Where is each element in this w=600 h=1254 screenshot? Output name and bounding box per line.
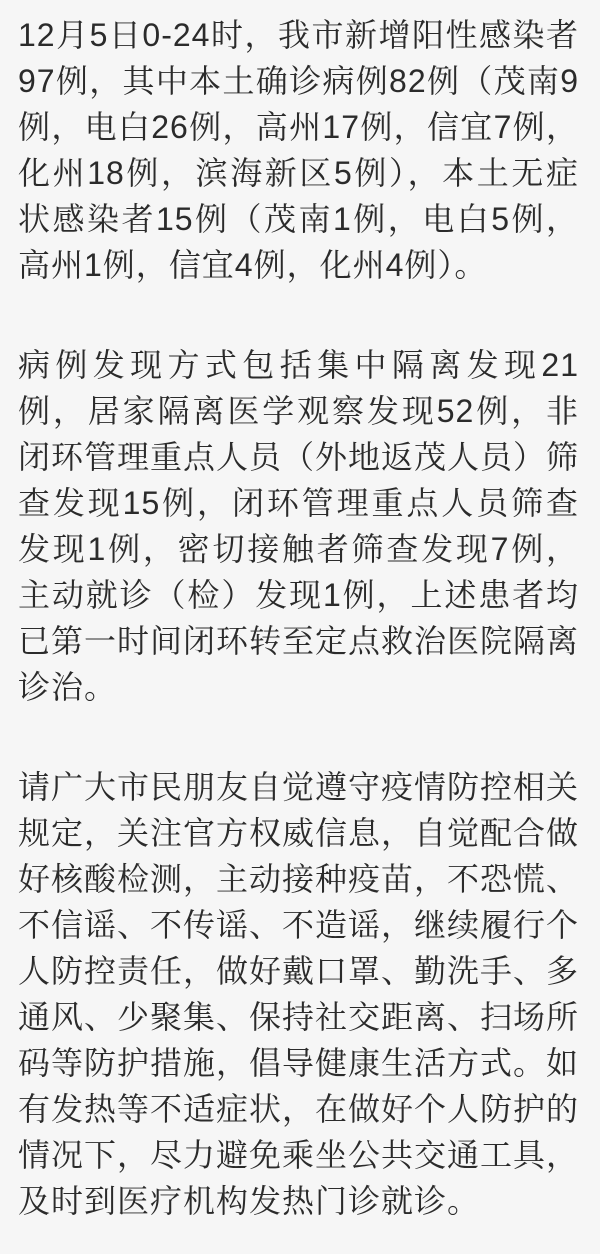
article-body: 12月5日0-24时，我市新增阳性感染者97例，其中本土确诊病例82例（茂南9例… (0, 0, 600, 1254)
paragraph-public-guidance: 请广大市民朋友自觉遵守疫情防控相关规定，关注官方权威信息，自觉配合做好核酸检测，… (18, 764, 579, 1224)
paragraph-new-cases-summary: 12月5日0-24时，我市新增阳性感染者97例，其中本土确诊病例82例（茂南9例… (18, 12, 579, 288)
paragraph-case-discovery-methods: 病例发现方式包括集中隔离发现21例，居家隔离医学观察发现52例，非闭环管理重点人… (18, 342, 579, 710)
